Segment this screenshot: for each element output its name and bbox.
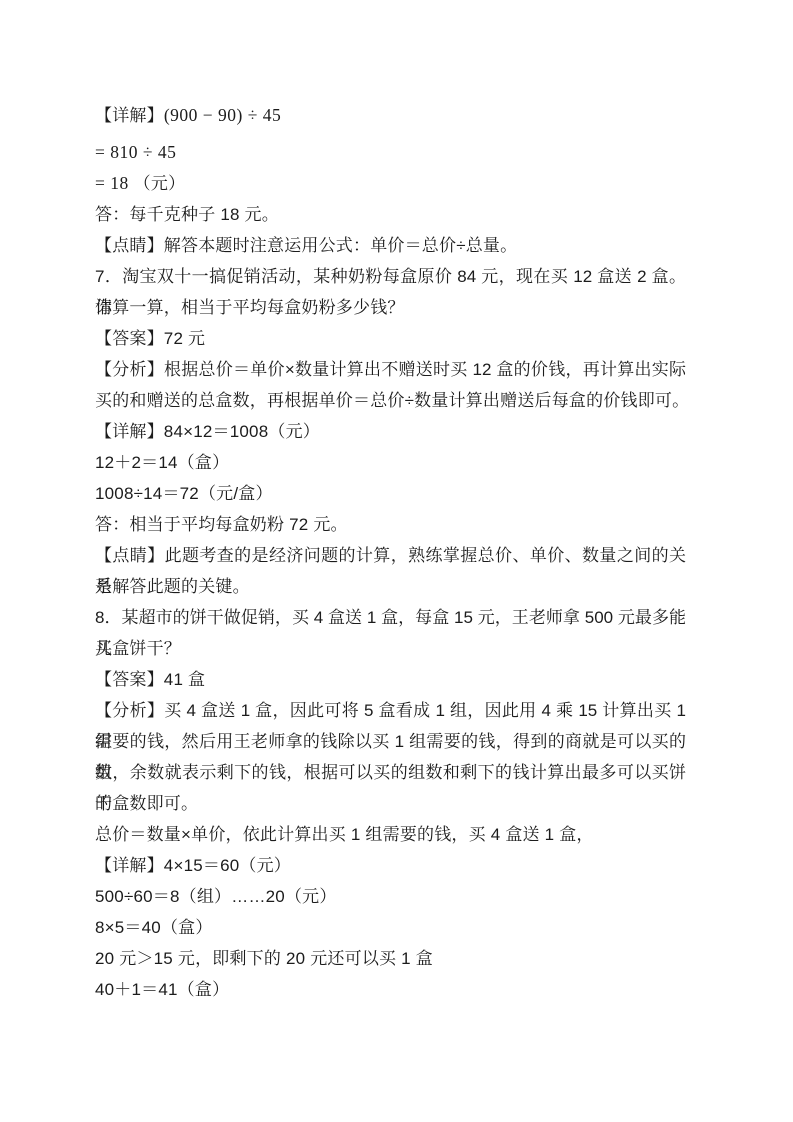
text-run: 【分析】根据总价＝单价×数量计算出不赠送时买 12 盒的价钱，再计算出实际 xyxy=(95,360,686,379)
q8-step: 20 元＞15 元，即剩下的 20 元还可以买 1 盒 xyxy=(95,943,686,974)
q7-question-line: 7．淘宝双十一搞促销活动，某种奶粉每盒原价 84 元，现在买 12 盒送 2 盒… xyxy=(95,261,686,292)
q8-question: 8．某超市的饼干做促销，买 4 盒送 1 盒，每盒 15 元，王老师拿 500 … xyxy=(95,602,686,664)
text-run: 买的和赠送的总盒数，再根据单价＝总价÷数量计算出赠送后每盒的价钱即可。 xyxy=(95,391,689,410)
q7-question-line: 你算一算，相当于平均每盒奶粉多少钱？ xyxy=(95,292,686,323)
q7-detail-line: 【详解】84×12＝1008（元） xyxy=(95,416,686,447)
q6-answer-sentence-line: 答：每千克种子 18 元。 xyxy=(95,199,686,230)
document-content: 【详解】(900 − 90) ÷ 45= 810 ÷ 45= 18 （元）答：每… xyxy=(95,100,686,1005)
text-run: 12＋2＝14（盒） xyxy=(95,453,229,472)
math-run: (900 − 90) ÷ 45 xyxy=(164,105,281,125)
q7-step: 12＋2＝14（盒） xyxy=(95,447,686,478)
q7-tip: 【点睛】此题考查的是经济问题的计算，熟练掌握总价、单价、数量之间的关系是解答此题… xyxy=(95,540,686,602)
q7-step-line: 1008÷14＝72（元/盒） xyxy=(95,478,686,509)
q7-analysis: 【分析】根据总价＝单价×数量计算出不赠送时买 12 盒的价钱，再计算出实际买的和… xyxy=(95,354,686,416)
q8-step: 40＋1＝41（盒） xyxy=(95,974,686,1005)
text-run: 1008÷14＝72（元/盒） xyxy=(95,484,273,503)
text-run: 几盒饼干？ xyxy=(95,639,181,658)
q8-analysis-line: 数，余数就表示剩下的钱，根据可以买的组数和剩下的钱计算出最多可以买饼干 xyxy=(95,757,686,788)
q7-step: 1008÷14＝72（元/盒） xyxy=(95,478,686,509)
q6-detail-line-line: 【详解】(900 − 90) ÷ 45 xyxy=(95,100,686,131)
text-run: 40＋1＝41（盒） xyxy=(95,980,229,999)
text-run: 8×5＝40（盒） xyxy=(95,918,213,937)
q6-result-line-line: = 18 （元） xyxy=(95,168,686,199)
text-run: 总价＝数量×单价，依此计算出买 1 组需要的钱，买 4 盒送 1 盒， xyxy=(95,825,594,844)
q7-tip-line: 【点睛】此题考查的是经济问题的计算，熟练掌握总价、单价、数量之间的关系 xyxy=(95,540,686,571)
math-run: = 810 ÷ 45 xyxy=(95,142,176,162)
q8-detail: 【详解】4×15＝60（元） xyxy=(95,850,686,881)
text-run: 是解答此题的关键。 xyxy=(95,577,250,596)
q7-analysis-line: 买的和赠送的总盒数，再根据单价＝总价÷数量计算出赠送后每盒的价钱即可。 xyxy=(95,385,686,416)
q7-analysis-line: 【分析】根据总价＝单价×数量计算出不赠送时买 12 盒的价钱，再计算出实际 xyxy=(95,354,686,385)
q6-step-line: = 810 ÷ 45 xyxy=(95,137,686,168)
q6-detail-line: 【详解】(900 − 90) ÷ 45 xyxy=(95,100,686,131)
q8-question-line: 几盒饼干？ xyxy=(95,633,686,664)
q7-answer: 【答案】72 元 xyxy=(95,323,686,354)
text-run: 20 元＞15 元，即剩下的 20 元还可以买 1 盒 xyxy=(95,949,433,968)
q8-step: 8×5＝40（盒） xyxy=(95,912,686,943)
q8-step-line: 500÷60＝8（组）……20（元） xyxy=(95,881,686,912)
q7-answer-line: 【答案】72 元 xyxy=(95,323,686,354)
text-run: 答：每千克种子 18 元。 xyxy=(95,205,279,224)
text-run: （元） xyxy=(129,174,186,193)
q8-step-line: 8×5＝40（盒） xyxy=(95,912,686,943)
q8-formula-note-line: 总价＝数量×单价，依此计算出买 1 组需要的钱，买 4 盒送 1 盒， xyxy=(95,819,686,850)
text-run: 【答案】41 盒 xyxy=(95,670,205,689)
q8-formula-note: 总价＝数量×单价，依此计算出买 1 组需要的钱，买 4 盒送 1 盒， xyxy=(95,819,686,850)
q8-analysis-line: 需要的钱，然后用王老师拿的钱除以买 1 组需要的钱，得到的商就是可以买的组 xyxy=(95,726,686,757)
q7-answer-sentence: 答：相当于平均每盒奶粉 72 元。 xyxy=(95,509,686,540)
text-run: 答：相当于平均每盒奶粉 72 元。 xyxy=(95,515,348,534)
text-run: 500÷60＝8（组）……20（元） xyxy=(95,887,337,906)
q6-answer-sentence: 答：每千克种子 18 元。 xyxy=(95,199,686,230)
q7-tip-line: 是解答此题的关键。 xyxy=(95,571,686,602)
q8-step-line: 40＋1＝41（盒） xyxy=(95,974,686,1005)
q8-step-line: 20 元＞15 元，即剩下的 20 元还可以买 1 盒 xyxy=(95,943,686,974)
q8-analysis: 【分析】买 4 盒送 1 盒，因此可将 5 盒看成 1 组，因此用 4 乘 15… xyxy=(95,695,686,819)
text-run: 【详解】84×12＝1008（元） xyxy=(95,422,320,441)
q8-answer-line: 【答案】41 盒 xyxy=(95,664,686,695)
text-run: 你算一算，相当于平均每盒奶粉多少钱？ xyxy=(95,298,405,317)
text-run: 的盒数即可。 xyxy=(95,794,198,813)
q6-result-line: = 18 （元） xyxy=(95,168,686,199)
text-run: 【答案】72 元 xyxy=(95,329,205,348)
q6-step-line-line: = 810 ÷ 45 xyxy=(95,137,686,168)
text-run: 【详解】4×15＝60（元） xyxy=(95,856,291,875)
q8-question-line: 8．某超市的饼干做促销，买 4 盒送 1 盒，每盒 15 元，王老师拿 500 … xyxy=(95,602,686,633)
worksheet-page: 【详解】(900 − 90) ÷ 45= 810 ÷ 45= 18 （元）答：每… xyxy=(0,0,793,1122)
math-run: = 18 xyxy=(95,173,129,193)
text-run: 【详解】 xyxy=(95,106,164,125)
q8-analysis-line: 【分析】买 4 盒送 1 盒，因此可将 5 盒看成 1 组，因此用 4 乘 15… xyxy=(95,695,686,726)
q8-answer: 【答案】41 盒 xyxy=(95,664,686,695)
text-run: 【点睛】解答本题时注意运用公式：单价＝总价÷总量。 xyxy=(95,236,517,255)
q8-detail-line: 【详解】4×15＝60（元） xyxy=(95,850,686,881)
q7-detail: 【详解】84×12＝1008（元） xyxy=(95,416,686,447)
q6-tip-line: 【点睛】解答本题时注意运用公式：单价＝总价÷总量。 xyxy=(95,230,686,261)
q8-analysis-line: 的盒数即可。 xyxy=(95,788,686,819)
q7-step-line: 12＋2＝14（盒） xyxy=(95,447,686,478)
q6-tip: 【点睛】解答本题时注意运用公式：单价＝总价÷总量。 xyxy=(95,230,686,261)
q7-answer-sentence-line: 答：相当于平均每盒奶粉 72 元。 xyxy=(95,509,686,540)
q7-question: 7．淘宝双十一搞促销活动，某种奶粉每盒原价 84 元，现在买 12 盒送 2 盒… xyxy=(95,261,686,323)
q8-step: 500÷60＝8（组）……20（元） xyxy=(95,881,686,912)
